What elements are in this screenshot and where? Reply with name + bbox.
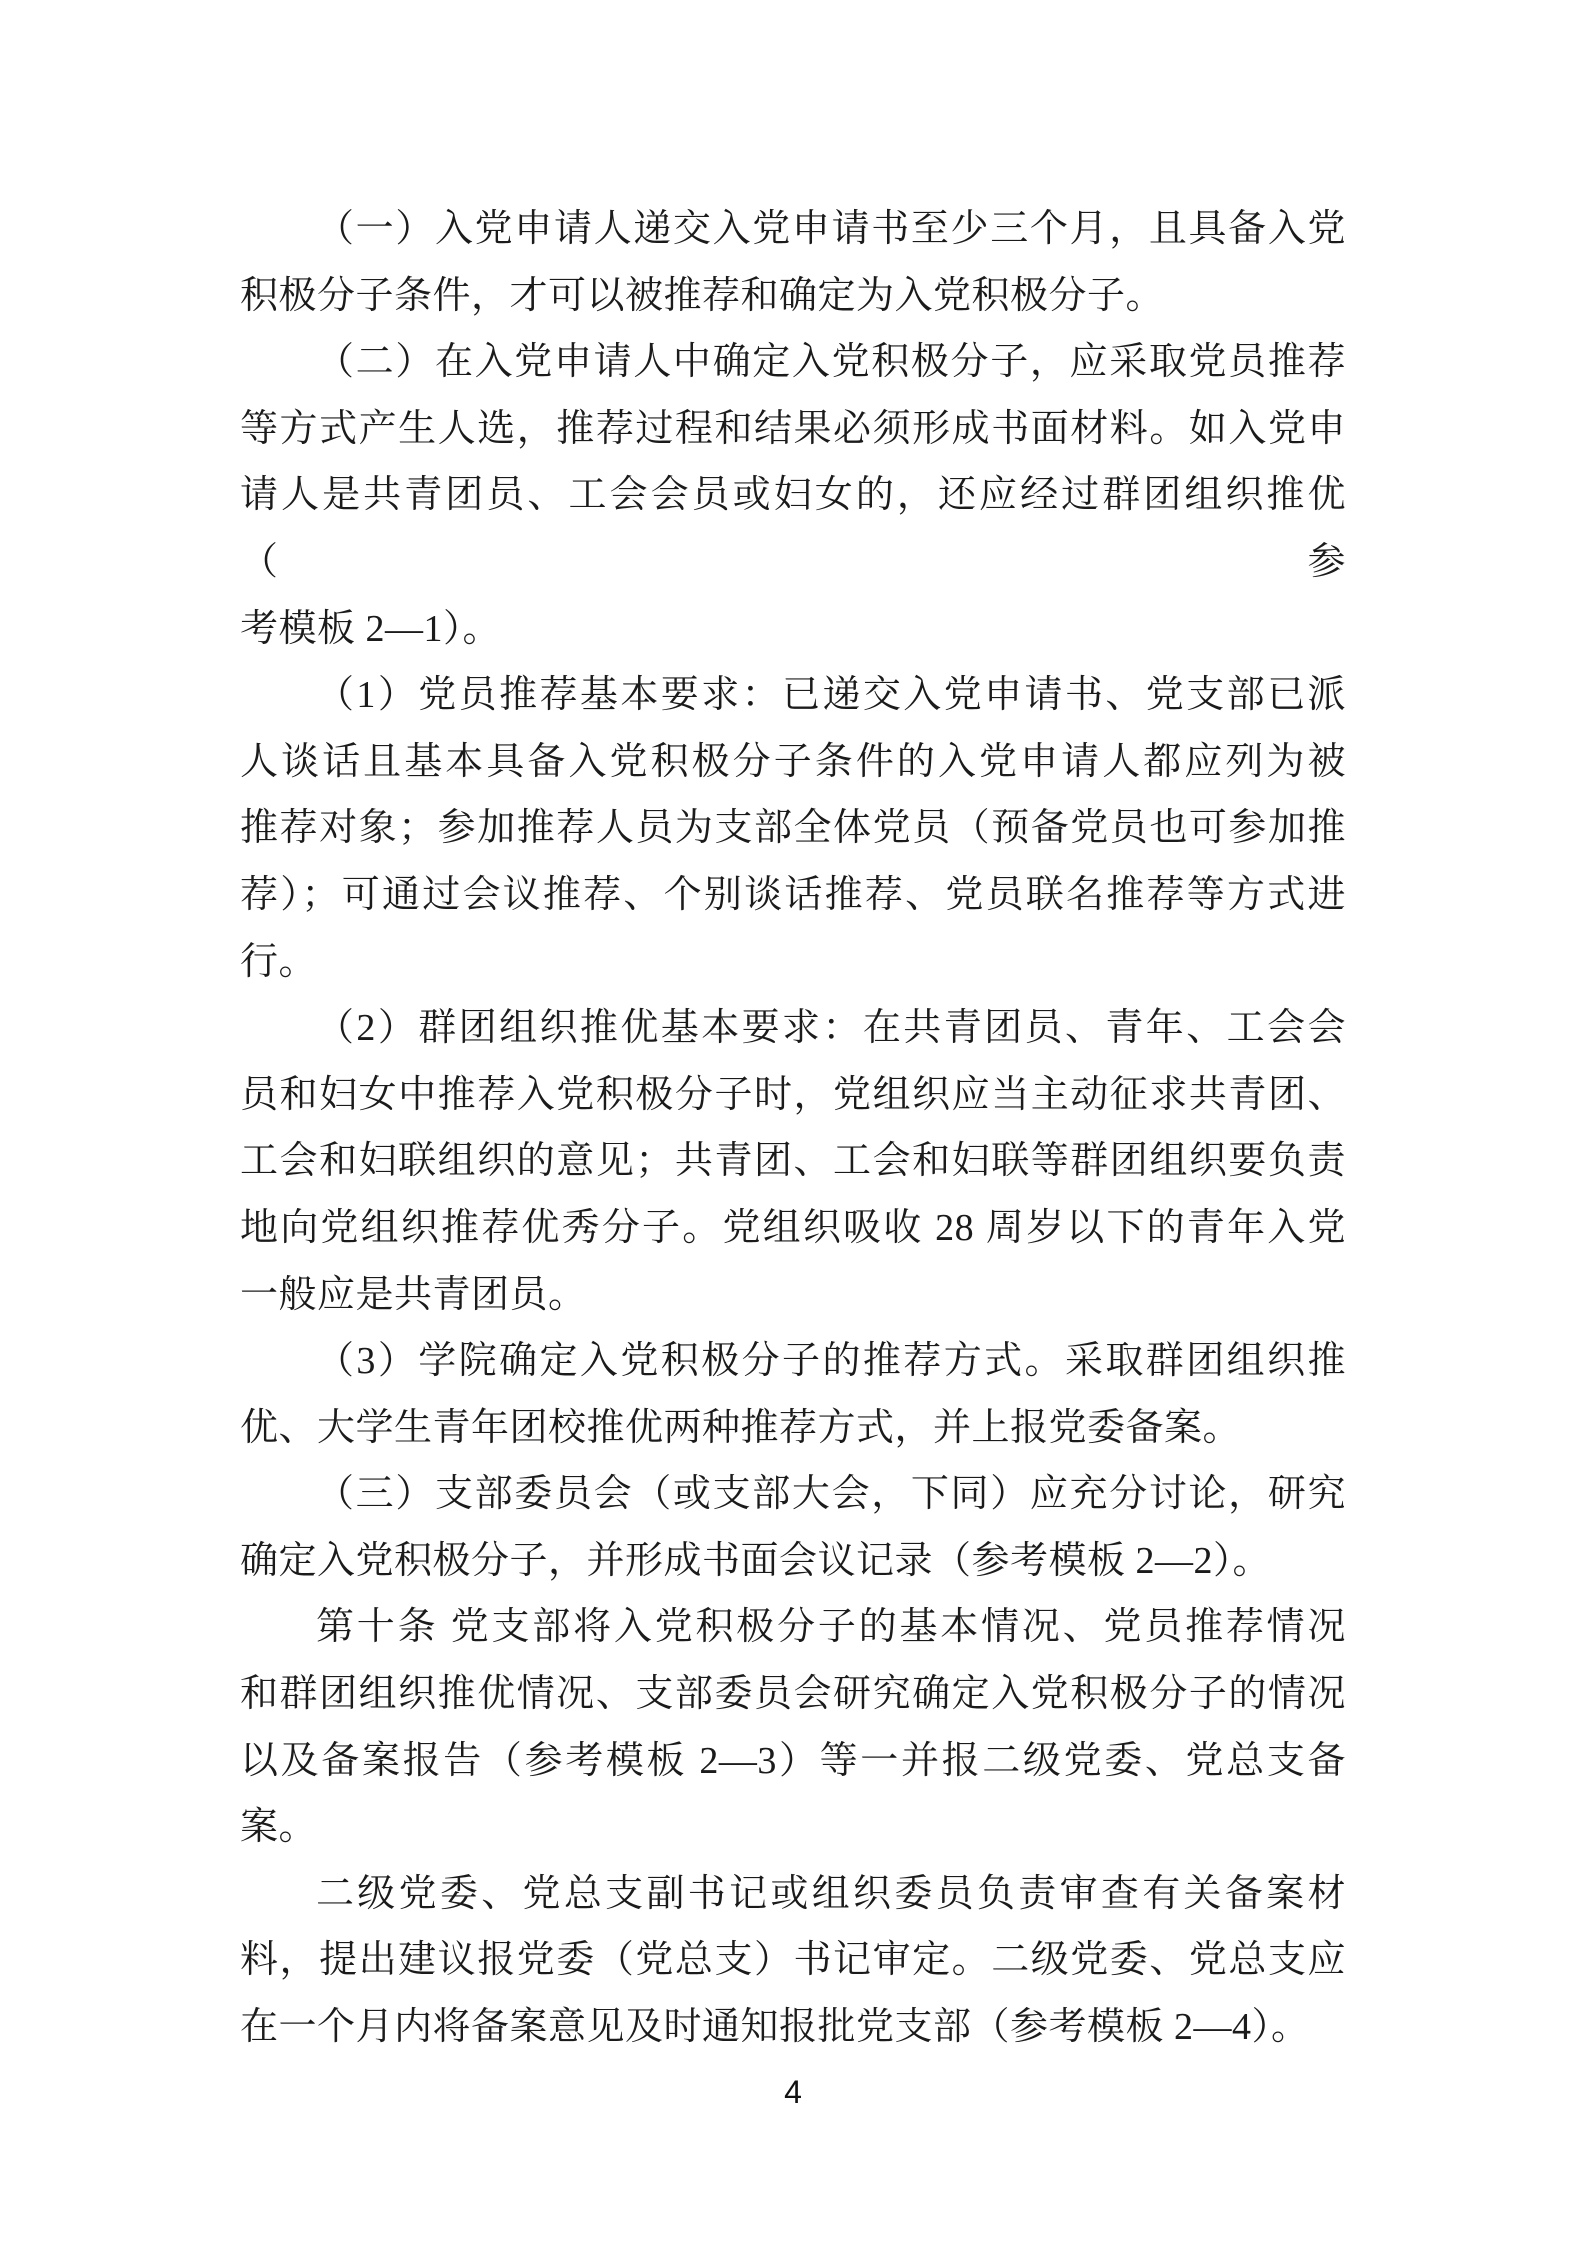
document-page: （一）入党申请人递交入党申请书至少三个月，且具备入党积极分子条件，才可以被推荐和… (0, 0, 1587, 2245)
paragraph: （2）群团组织推优基本要求：在共青团员、青年、工会会员和妇女中推荐入党积极分子时… (240, 995, 1346, 1328)
text-line: 料，提出建议报党委（党总支）书记审定。二级党委、党总支应 (240, 1927, 1346, 1994)
paragraph: 二级党委、党总支副书记或组织委员负责审查有关备案材料，提出建议报党委（党总支）书… (240, 1861, 1346, 2061)
text-line: 以及备案报告（参考模板 2—3）等一并报二级党委、党总支备 (240, 1728, 1346, 1795)
paragraph: （二）在入党申请人中确定入党积极分子，应采取党员推荐等方式产生人选，推荐过程和结… (240, 329, 1346, 662)
paragraph: （1）党员推荐基本要求：已递交入党申请书、党支部已派人谈话且基本具备入党积极分子… (240, 662, 1346, 995)
text-line: 推荐对象；参加推荐人员为支部全体党员（预备党员也可参加推 (240, 795, 1346, 862)
document-body: （一）入党申请人递交入党申请书至少三个月，且具备入党积极分子条件，才可以被推荐和… (240, 196, 1346, 2061)
text-line: （3）学院确定入党积极分子的推荐方式。采取群团组织推 (240, 1328, 1346, 1395)
text-line: 确定入党积极分子，并形成书面会议记录（参考模板 2—2）。 (240, 1528, 1346, 1595)
paragraph: （3）学院确定入党积极分子的推荐方式。采取群团组织推优、大学生青年团校推优两种推… (240, 1328, 1346, 1461)
text-line: 案。 (240, 1794, 1346, 1861)
text-line: 工会和妇联组织的意见；共青团、工会和妇联等群团组织要负责 (240, 1128, 1346, 1195)
text-line: 二级党委、党总支副书记或组织委员负责审查有关备案材 (240, 1861, 1346, 1928)
paragraph: （三）支部委员会（或支部大会，下同）应充分讨论，研究确定入党积极分子，并形成书面… (240, 1461, 1346, 1594)
text-line: （1）党员推荐基本要求：已递交入党申请书、党支部已派 (240, 662, 1346, 729)
text-line: 积极分子条件，才可以被推荐和确定为入党积极分子。 (240, 263, 1346, 330)
paragraph: 第十条 党支部将入党积极分子的基本情况、党员推荐情况和群团组织推优情况、支部委员… (240, 1594, 1346, 1860)
text-line: （2）群团组织推优基本要求：在共青团员、青年、工会会 (240, 995, 1346, 1062)
text-line: 地向党组织推荐优秀分子。党组织吸收 28 周岁以下的青年入党 (240, 1195, 1346, 1262)
text-line: 员和妇女中推荐入党积极分子时，党组织应当主动征求共青团、 (240, 1062, 1346, 1129)
text-line: 荐）；可通过会议推荐、个别谈话推荐、党员联名推荐等方式进 (240, 862, 1346, 929)
paragraph: （一）入党申请人递交入党申请书至少三个月，且具备入党积极分子条件，才可以被推荐和… (240, 196, 1346, 329)
text-line: 一般应是共青团员。 (240, 1262, 1346, 1329)
text-line: 行。 (240, 929, 1346, 996)
text-line: （一）入党申请人递交入党申请书至少三个月，且具备入党 (240, 196, 1346, 263)
text-line: 优、大学生青年团校推优两种推荐方式，并上报党委备案。 (240, 1395, 1346, 1462)
text-line: 在一个月内将备案意见及时通知报批党支部（参考模板 2—4）。 (240, 1994, 1346, 2061)
text-line: 第十条 党支部将入党积极分子的基本情况、党员推荐情况 (240, 1594, 1346, 1661)
text-line: （三）支部委员会（或支部大会，下同）应充分讨论，研究 (240, 1461, 1346, 1528)
text-line: 请人是共青团员、工会会员或妇女的，还应经过群团组织推优（参 (240, 462, 1346, 595)
page-number: 4 (240, 2072, 1346, 2112)
text-line: 等方式产生人选，推荐过程和结果必须形成书面材料。如入党申 (240, 396, 1346, 463)
text-line: （二）在入党申请人中确定入党积极分子，应采取党员推荐 (240, 329, 1346, 396)
text-line: 人谈话且基本具备入党积极分子条件的入党申请人都应列为被 (240, 729, 1346, 796)
text-line: 考模板 2—1）。 (240, 596, 1346, 663)
text-line: 和群团组织推优情况、支部委员会研究确定入党积极分子的情况 (240, 1661, 1346, 1728)
